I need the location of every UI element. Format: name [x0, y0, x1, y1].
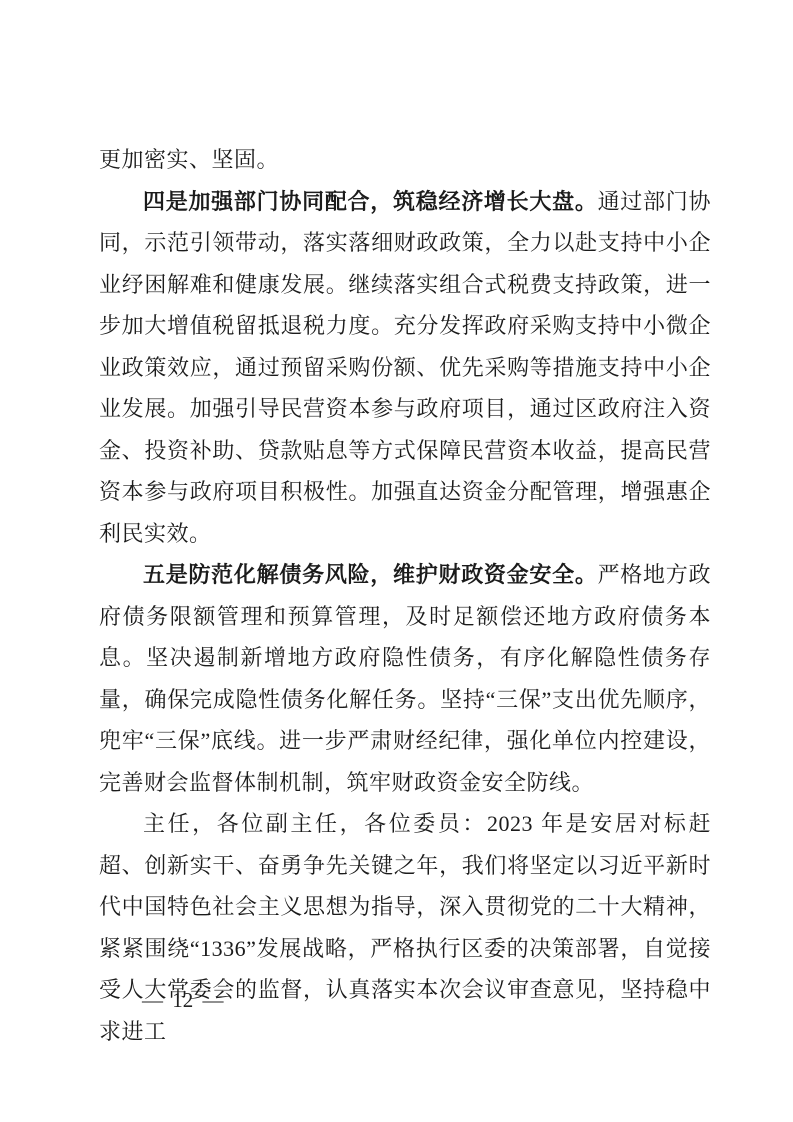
text-run: 通过部门协同，示范引领带动，落实落细财政政策，全力以赴支持中小企业纾困解难和健康…: [99, 189, 711, 546]
paragraph: 主任，各位副主任，各位委员：2023 年是安居对标赶超、创新实干、奋勇争先关键之…: [99, 803, 711, 1052]
paragraph: 五是防范化解债务风险，维护财政资金安全。严格地方政府债务限额管理和预算管理，及时…: [99, 554, 711, 803]
text-run: 严格地方政府债务限额管理和预算管理，及时足额偿还地方政府债务本息。坚决遏制新增地…: [99, 562, 711, 795]
bold-lead-run: 四是加强部门协同配合，筑稳经济增长大盘。: [143, 189, 598, 214]
document-body: 更加密实、坚固。四是加强部门协同配合，筑稳经济增长大盘。通过部门协同，示范引领带…: [99, 139, 711, 1052]
text-run: 更加密实、坚固。: [99, 147, 279, 172]
paragraph: 四是加强部门协同配合，筑稳经济增长大盘。通过部门协同，示范引领带动，落实落细财政…: [99, 181, 711, 555]
page-number: — 12 —: [142, 988, 224, 1012]
page-footer: — 12 —: [142, 988, 224, 1013]
document-page: 更加密实、坚固。四是加强部门协同配合，筑稳经济增长大盘。通过部门协同，示范引领带…: [0, 0, 793, 1122]
paragraph: 更加密实、坚固。: [99, 139, 711, 181]
bold-lead-run: 五是防范化解债务风险，维护财政资金安全。: [143, 562, 598, 587]
